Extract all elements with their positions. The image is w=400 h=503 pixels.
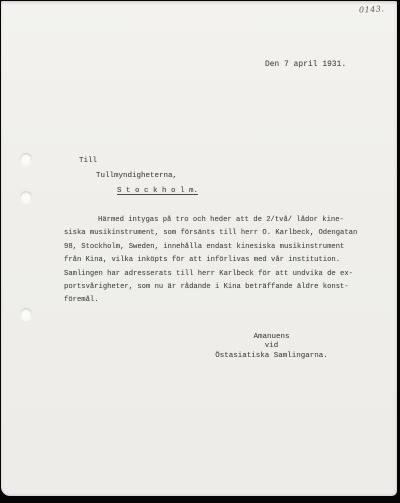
punch-hole-bottom <box>20 308 32 320</box>
body-line: portsvårigheter, som nu är rådande i Kin… <box>64 281 364 294</box>
scanned-letter-frame: 0143. Den 7 april 1931. Till Tullmyndigh… <box>0 0 400 503</box>
body-line: 98, Stockholm, Sweden, innehålla endast … <box>64 241 364 254</box>
letter-body: Härmed intygas på tro och heder att de 2… <box>64 214 364 308</box>
signature-block: Amanuens vid Östasiatiska Samlingarna. <box>204 333 339 361</box>
body-line: Härmed intygas på tro och heder att de 2… <box>64 214 364 227</box>
punch-hole-top <box>20 153 32 165</box>
signature-preposition: vid <box>204 342 339 351</box>
letter-date: Den 7 april 1931. <box>265 61 346 69</box>
body-line: från Kina, vilka inköpts för att införli… <box>64 254 364 267</box>
archival-page-number: 0143. <box>359 4 385 14</box>
punch-hole-middle <box>20 191 32 203</box>
body-line: föremål. <box>64 294 364 307</box>
signature-title: Amanuens <box>204 333 339 342</box>
body-line: Samlingen har adresserats till herr Karl… <box>64 268 364 281</box>
letter-paper: 0143. Den 7 april 1931. Till Tullmyndigh… <box>1 1 397 496</box>
body-line: siska musikinstrument, som försänts till… <box>64 227 364 240</box>
recipient-city: S t o c k h o l m. <box>117 187 198 195</box>
recipient-authority: Tullmyndigheterna, <box>96 172 177 180</box>
recipient-salutation: Till <box>79 157 97 165</box>
signature-institution: Östasiatiska Samlingarna. <box>204 352 339 361</box>
